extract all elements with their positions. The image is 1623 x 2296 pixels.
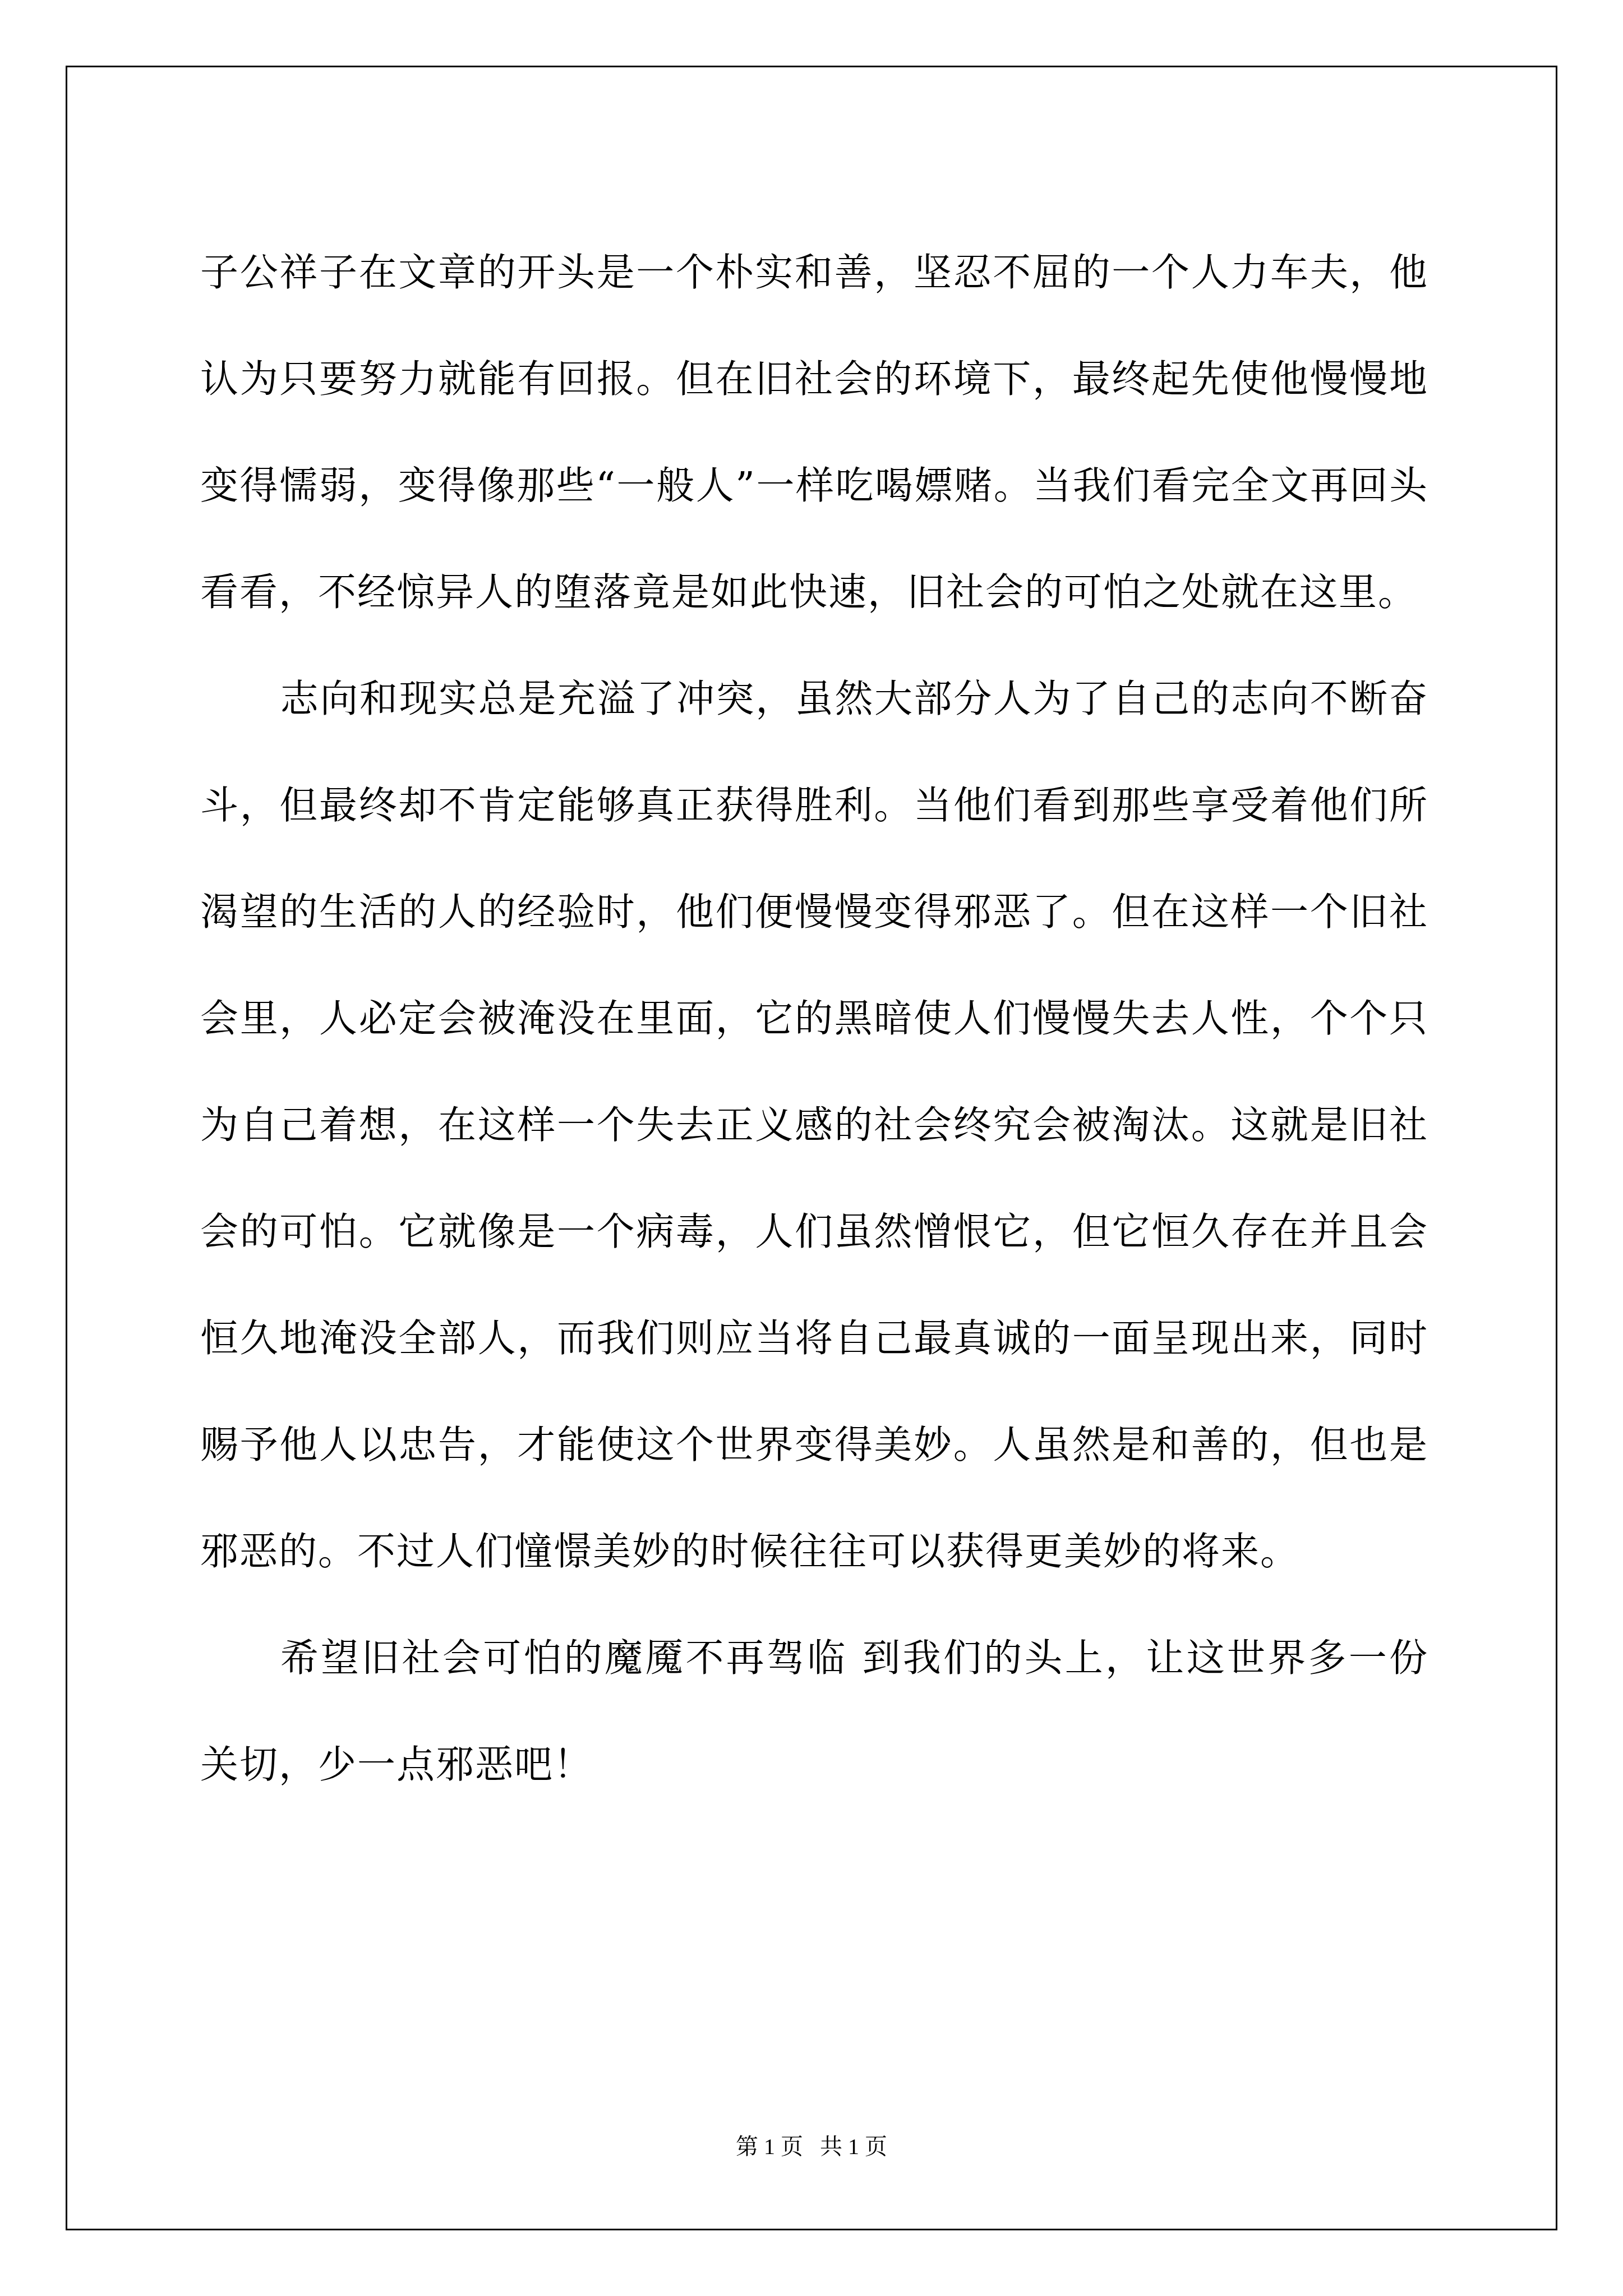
paragraph-3: 希望旧社会可怕的魔魇不再驾临 到我们的头上，让这世界多一份关切，少一点邪恶吧！: [200, 1605, 1428, 1819]
page-number-footer: 第 1 页 共 1 页: [0, 2129, 1623, 2161]
paragraph-2: 志向和现实总是充溢了冲突，虽然大部分人为了自己的志向不断奋斗，但最终却不肯定能够…: [200, 646, 1428, 1605]
paragraph-1: 子公祥子在文章的开头是一个朴实和善，坚忍不屈的一个人力车夫，他认为只要努力就能有…: [200, 220, 1428, 646]
document-body: 子公祥子在文章的开头是一个朴实和善，坚忍不屈的一个人力车夫，他认为只要努力就能有…: [200, 220, 1428, 1819]
